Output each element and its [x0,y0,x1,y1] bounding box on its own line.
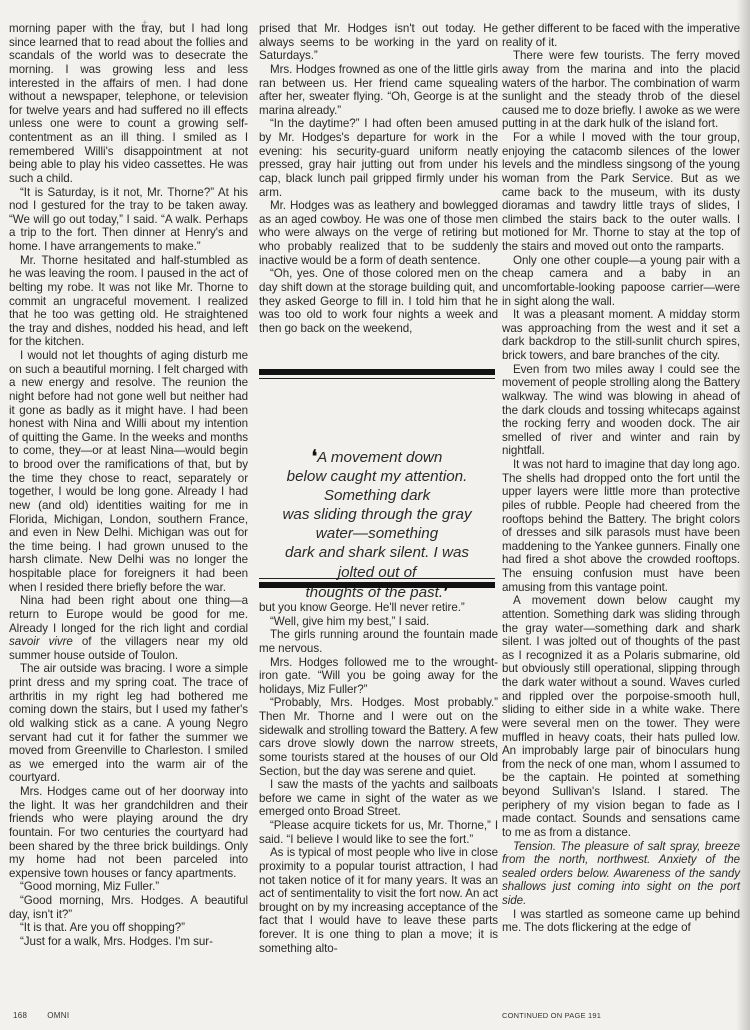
paragraph: I was startled as someone came up behind… [502,908,740,935]
paragraph: I would not let thoughts of aging distur… [9,349,248,594]
paragraph: “It is that. Are you off shopping?” [9,921,248,935]
thin-rule [259,378,495,379]
paragraph: Only one other couple—a young pair with … [502,254,740,309]
paragraph: It was not hard to imagine that day long… [502,458,740,594]
paragraph: The air outside was bracing. I wore a si… [9,662,248,785]
pullquote-line: Something dark [324,487,430,504]
italic-paragraph: Tension. The pleasure of salt spray, bre… [502,840,740,908]
paragraph: I saw the masts of the yachts and sailbo… [259,778,498,819]
magazine-name: OMNI [47,1011,69,1020]
paragraph: “Good morning, Mrs. Hodges. A beautiful … [9,894,248,921]
page-folio: 168OMNI [13,1011,69,1020]
paragraph: Even from two miles away I could see the… [502,363,740,458]
paragraph: It was a pleasant moment. A midday storm… [502,308,740,363]
page-gutter-shadow [736,0,750,1030]
pullquote-bottom-rule [259,578,495,588]
pullquote-line: water—something [316,525,438,542]
paragraph: A movement down below caught my attentio… [502,594,740,839]
pullquote-line: dark and shark silent. I was [285,544,469,561]
paragraph: Mrs. Hodges came out of her doorway into… [9,785,248,880]
paragraph: “Just for a walk, Mrs. Hodges. I'm sur- [9,935,248,949]
article-column-3: gether different to be faced with the im… [502,22,740,935]
pullquote-line: was sliding through the gray [282,506,471,523]
thin-rule [259,578,495,579]
continued-notice: CONTINUED ON PAGE 191 [502,1011,601,1020]
pullquote-line: A movement down [317,449,442,466]
thick-rule [259,582,495,588]
paragraph: For a while I moved with the tour group,… [502,131,740,254]
paragraph: morning paper with the tray, but I had l… [9,22,248,186]
article-column-2-top: prised that Mr. Hodges isn't out today. … [259,22,498,335]
paragraph: “Well, give him my best,” I said. [259,615,498,629]
article-column-2-bottom: but you know George. He'll never retire.… [259,601,498,955]
pullquote-line: below caught my attention. [287,468,468,485]
paragraph: Mr. Thorne hesitated and half-stumbled a… [9,254,248,349]
paragraph: Nina had been right about one thing—a re… [9,594,248,662]
paragraph: “Oh, yes. One of those colored men on th… [259,267,498,335]
paragraph: but you know George. He'll never retire.… [259,601,498,615]
paragraph: As is typical of most people who live in… [259,846,498,955]
paragraph: Mrs. Hodges frowned as one of the little… [259,63,498,118]
text-run: Nina had been right about one thing—a re… [9,594,248,634]
thick-rule [259,369,495,375]
pullquote-top-rule [259,369,495,379]
paragraph: There were few tourists. The ferry moved… [502,49,740,131]
paragraph: prised that Mr. Hodges isn't out today. … [259,22,498,63]
paragraph: “In the daytime?” I had often been amuse… [259,117,498,199]
paragraph: Mrs. Hodges followed me to the wrought-i… [259,656,498,697]
paragraph: The girls running around the fountain ma… [259,628,498,655]
paragraph: “Please acquire tickets for us, Mr. Thor… [259,819,498,846]
paragraph: Mr. Hodges was as leathery and bowlegged… [259,199,498,267]
article-column-1: morning paper with the tray, but I had l… [9,22,248,949]
paragraph: “Probably, Mrs. Hodges. Most probably.” … [259,696,498,778]
paragraph: “It is Saturday, is it not, Mr. Thorne?”… [9,186,248,254]
paragraph: gether different to be faced with the im… [502,22,740,49]
page-number: 168 [13,1011,27,1020]
paragraph: “Good morning, Miz Fuller.” [9,880,248,894]
italic-phrase: savoir vivre [9,635,73,648]
